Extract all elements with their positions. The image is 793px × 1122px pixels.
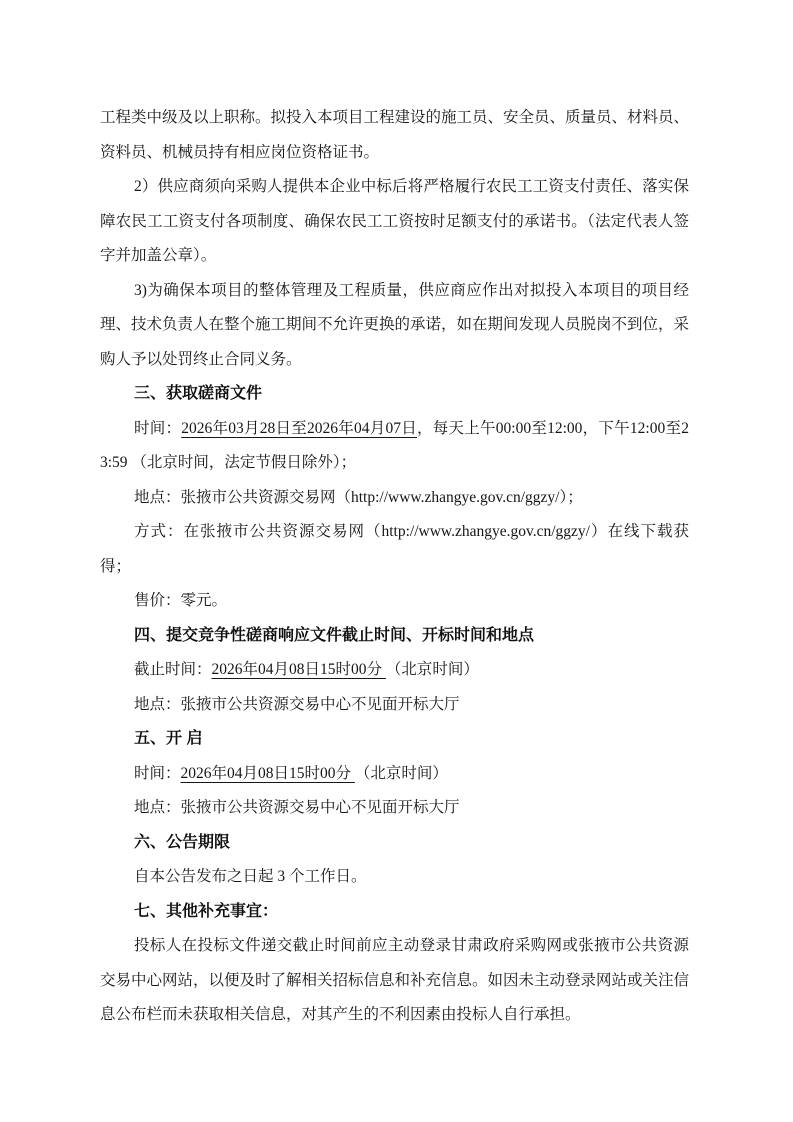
section-heading-opening: 五、开 启 (100, 722, 689, 757)
paragraph-obtain-method: 方式：在张掖市公共资源交易网（http://www.zhangye.gov.cn… (100, 515, 689, 584)
obtain-time-date-underlined: 2026年03月28日至2026年04月07日 (181, 420, 417, 437)
deadline-rest: （北京时间） (386, 661, 479, 678)
deadline-date-underlined: 2026年04月08日15时00分 (212, 661, 386, 678)
paragraph-price: 售价：零元。 (100, 584, 689, 619)
section-heading-announcement-period: 六、公告期限 (100, 826, 689, 861)
paragraph-deadline-location: 地点：张掖市公共资源交易中心不见面开标大厅 (100, 688, 689, 723)
opening-time-date-underlined: 2026年04月08日15时00分 (181, 765, 355, 782)
section-heading-obtain-documents: 三、获取磋商文件 (100, 377, 689, 412)
opening-time-label: 时间： (134, 765, 181, 782)
paragraph-qualification-continuation: 工程类中级及以上职称。拟投入本项目工程建设的施工员、安全员、质量员、材料员、资料… (100, 101, 689, 170)
opening-time-rest: （北京时间） (355, 765, 448, 782)
document-page: 工程类中级及以上职称。拟投入本项目工程建设的施工员、安全员、质量员、材料员、资料… (0, 0, 793, 1122)
paragraph-obtain-time: 时间：2026年03月28日至2026年04月07日，每天上午00:00至12:… (100, 412, 689, 481)
section-heading-submission-deadline: 四、提交竞争性磋商响应文件截止时间、开标时间和地点 (100, 619, 689, 654)
paragraph-wage-commitment: 2）供应商须向采购人提供本企业中标后将严格履行农民工工资支付责任、落实保障农民工… (100, 170, 689, 274)
paragraph-announcement-period: 自本公告发布之日起 3 个工作日。 (100, 860, 689, 895)
paragraph-obtain-location: 地点：张掖市公共资源交易网（http://www.zhangye.gov.cn/… (100, 481, 689, 516)
deadline-label: 截止时间： (134, 661, 212, 678)
paragraph-opening-location: 地点：张掖市公共资源交易中心不见面开标大厅 (100, 791, 689, 826)
paragraph-deadline-time: 截止时间：2026年04月08日15时00分 （北京时间） (100, 653, 689, 688)
paragraph-other-matters: 投标人在投标文件递交截止时间前应主动登录甘肃政府采购网或张掖市公共资源交易中心网… (100, 929, 689, 1033)
obtain-time-label: 时间： (134, 420, 181, 437)
section-heading-other-matters: 七、其他补充事宜： (100, 895, 689, 930)
paragraph-staff-commitment: 3)为确保本项目的整体管理及工程质量，供应商应作出对拟投入本项目的项目经理、技术… (100, 274, 689, 378)
paragraph-opening-time: 时间：2026年04月08日15时00分 （北京时间） (100, 757, 689, 792)
